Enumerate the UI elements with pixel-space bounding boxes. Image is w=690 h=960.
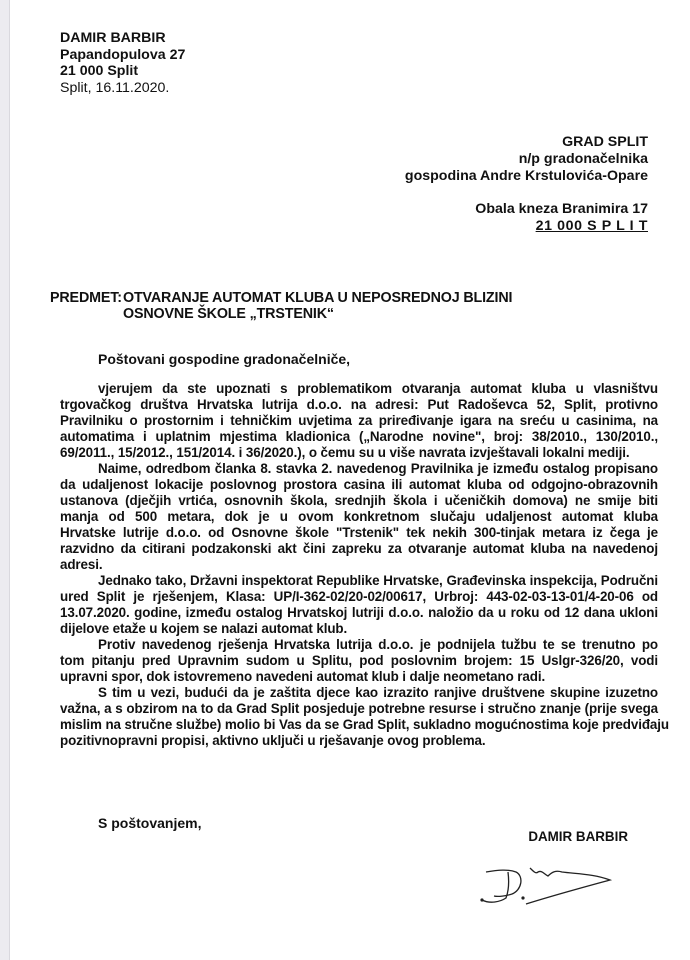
body-line: razvidno da citirani podzakonski akt čin… <box>60 541 658 557</box>
recipient-person: gospodina Andre Krstulovića-Opare <box>405 168 648 184</box>
body-line: da udaljenost lokacije poslovnog prostor… <box>60 477 658 493</box>
body-line: trgovačkog društva Hrvatska lutrija d.o.… <box>60 397 658 413</box>
body-line: vjerujem da ste upoznati s problematikom… <box>98 381 658 397</box>
body-line: 13.07.2020. godine, između ostalog Hrvat… <box>60 605 658 621</box>
body-line: mislim na stručne službe) molio bi Vas d… <box>60 717 658 733</box>
body-line: 69/2011., 15/2012., 151/2014. i 36/2020.… <box>60 445 658 461</box>
body-line: Pravilniku o prostornim i tehničkim uvje… <box>60 413 658 429</box>
sender-street: Papandopulova 27 <box>60 47 185 63</box>
subject-line-2: OSNOVNE ŠKOLE „TRSTENIK“ <box>123 306 334 322</box>
closing: S poštovanjem, <box>98 815 201 831</box>
body-line: upravni spor, dok istovremeno navedeni a… <box>60 669 658 685</box>
sender-city: 21 000 Split <box>60 63 138 79</box>
body-line: ustanova (dječjih vrtića, osnovnih škola… <box>60 493 658 509</box>
body-line: manja od 500 metara, dok je u ovom konkr… <box>60 509 658 525</box>
recipient-attn: n/p gradonačelnika <box>519 151 648 167</box>
body-line: pozitivnopravni propisi, aktivno uključi… <box>60 733 658 749</box>
body-line: S tim u vezi, budući da je zaštita djece… <box>98 685 658 701</box>
subject-line-1: OTVARANJE AUTOMAT KLUBA U NEPOSREDNOJ BL… <box>123 290 512 306</box>
place-date: Split, 16.11.2020. <box>60 80 169 96</box>
body-line: adresi. <box>60 557 658 573</box>
body-line: Naime, odredbom članka 8. stavka 2. nave… <box>98 461 658 477</box>
body-line: dijelove etaže u kojem se nalazi automat… <box>60 621 658 637</box>
body-line: Jednako tako, Državni inspektorat Republ… <box>98 573 658 589</box>
body-line: tom pitanju pred Upravnim sudom u Splitu… <box>60 653 658 669</box>
page-left-edge <box>0 0 10 960</box>
signature-name: DAMIR BARBIR <box>528 829 628 845</box>
recipient-street: Obala kneza Branimira 17 <box>475 201 648 217</box>
greeting: Poštovani gospodine gradonačelniče, <box>98 351 350 367</box>
sender-name: DAMIR BARBIR <box>60 30 166 46</box>
recipient-org: GRAD SPLIT <box>562 134 648 150</box>
body-line: Protiv navedenog rješenja Hrvatska lutri… <box>98 637 658 653</box>
subject-label: PREDMET: <box>50 290 122 306</box>
recipient-city: 21 000 S P L I T <box>536 218 648 234</box>
body-line: automatima i uplatnim mjestima kladionic… <box>60 429 658 445</box>
body-line: Hrvatske lutrije d.o.o. od Osnovne škole… <box>60 525 658 541</box>
body-line: ured Split je rješenjem, Klasa: UP/I-362… <box>60 589 658 605</box>
letter-page: DAMIR BARBIR Papandopulova 27 21 000 Spl… <box>10 0 690 960</box>
handwritten-signature-icon <box>478 860 648 920</box>
body-line: važna, a s obzirom na to da Grad Split p… <box>60 701 658 717</box>
